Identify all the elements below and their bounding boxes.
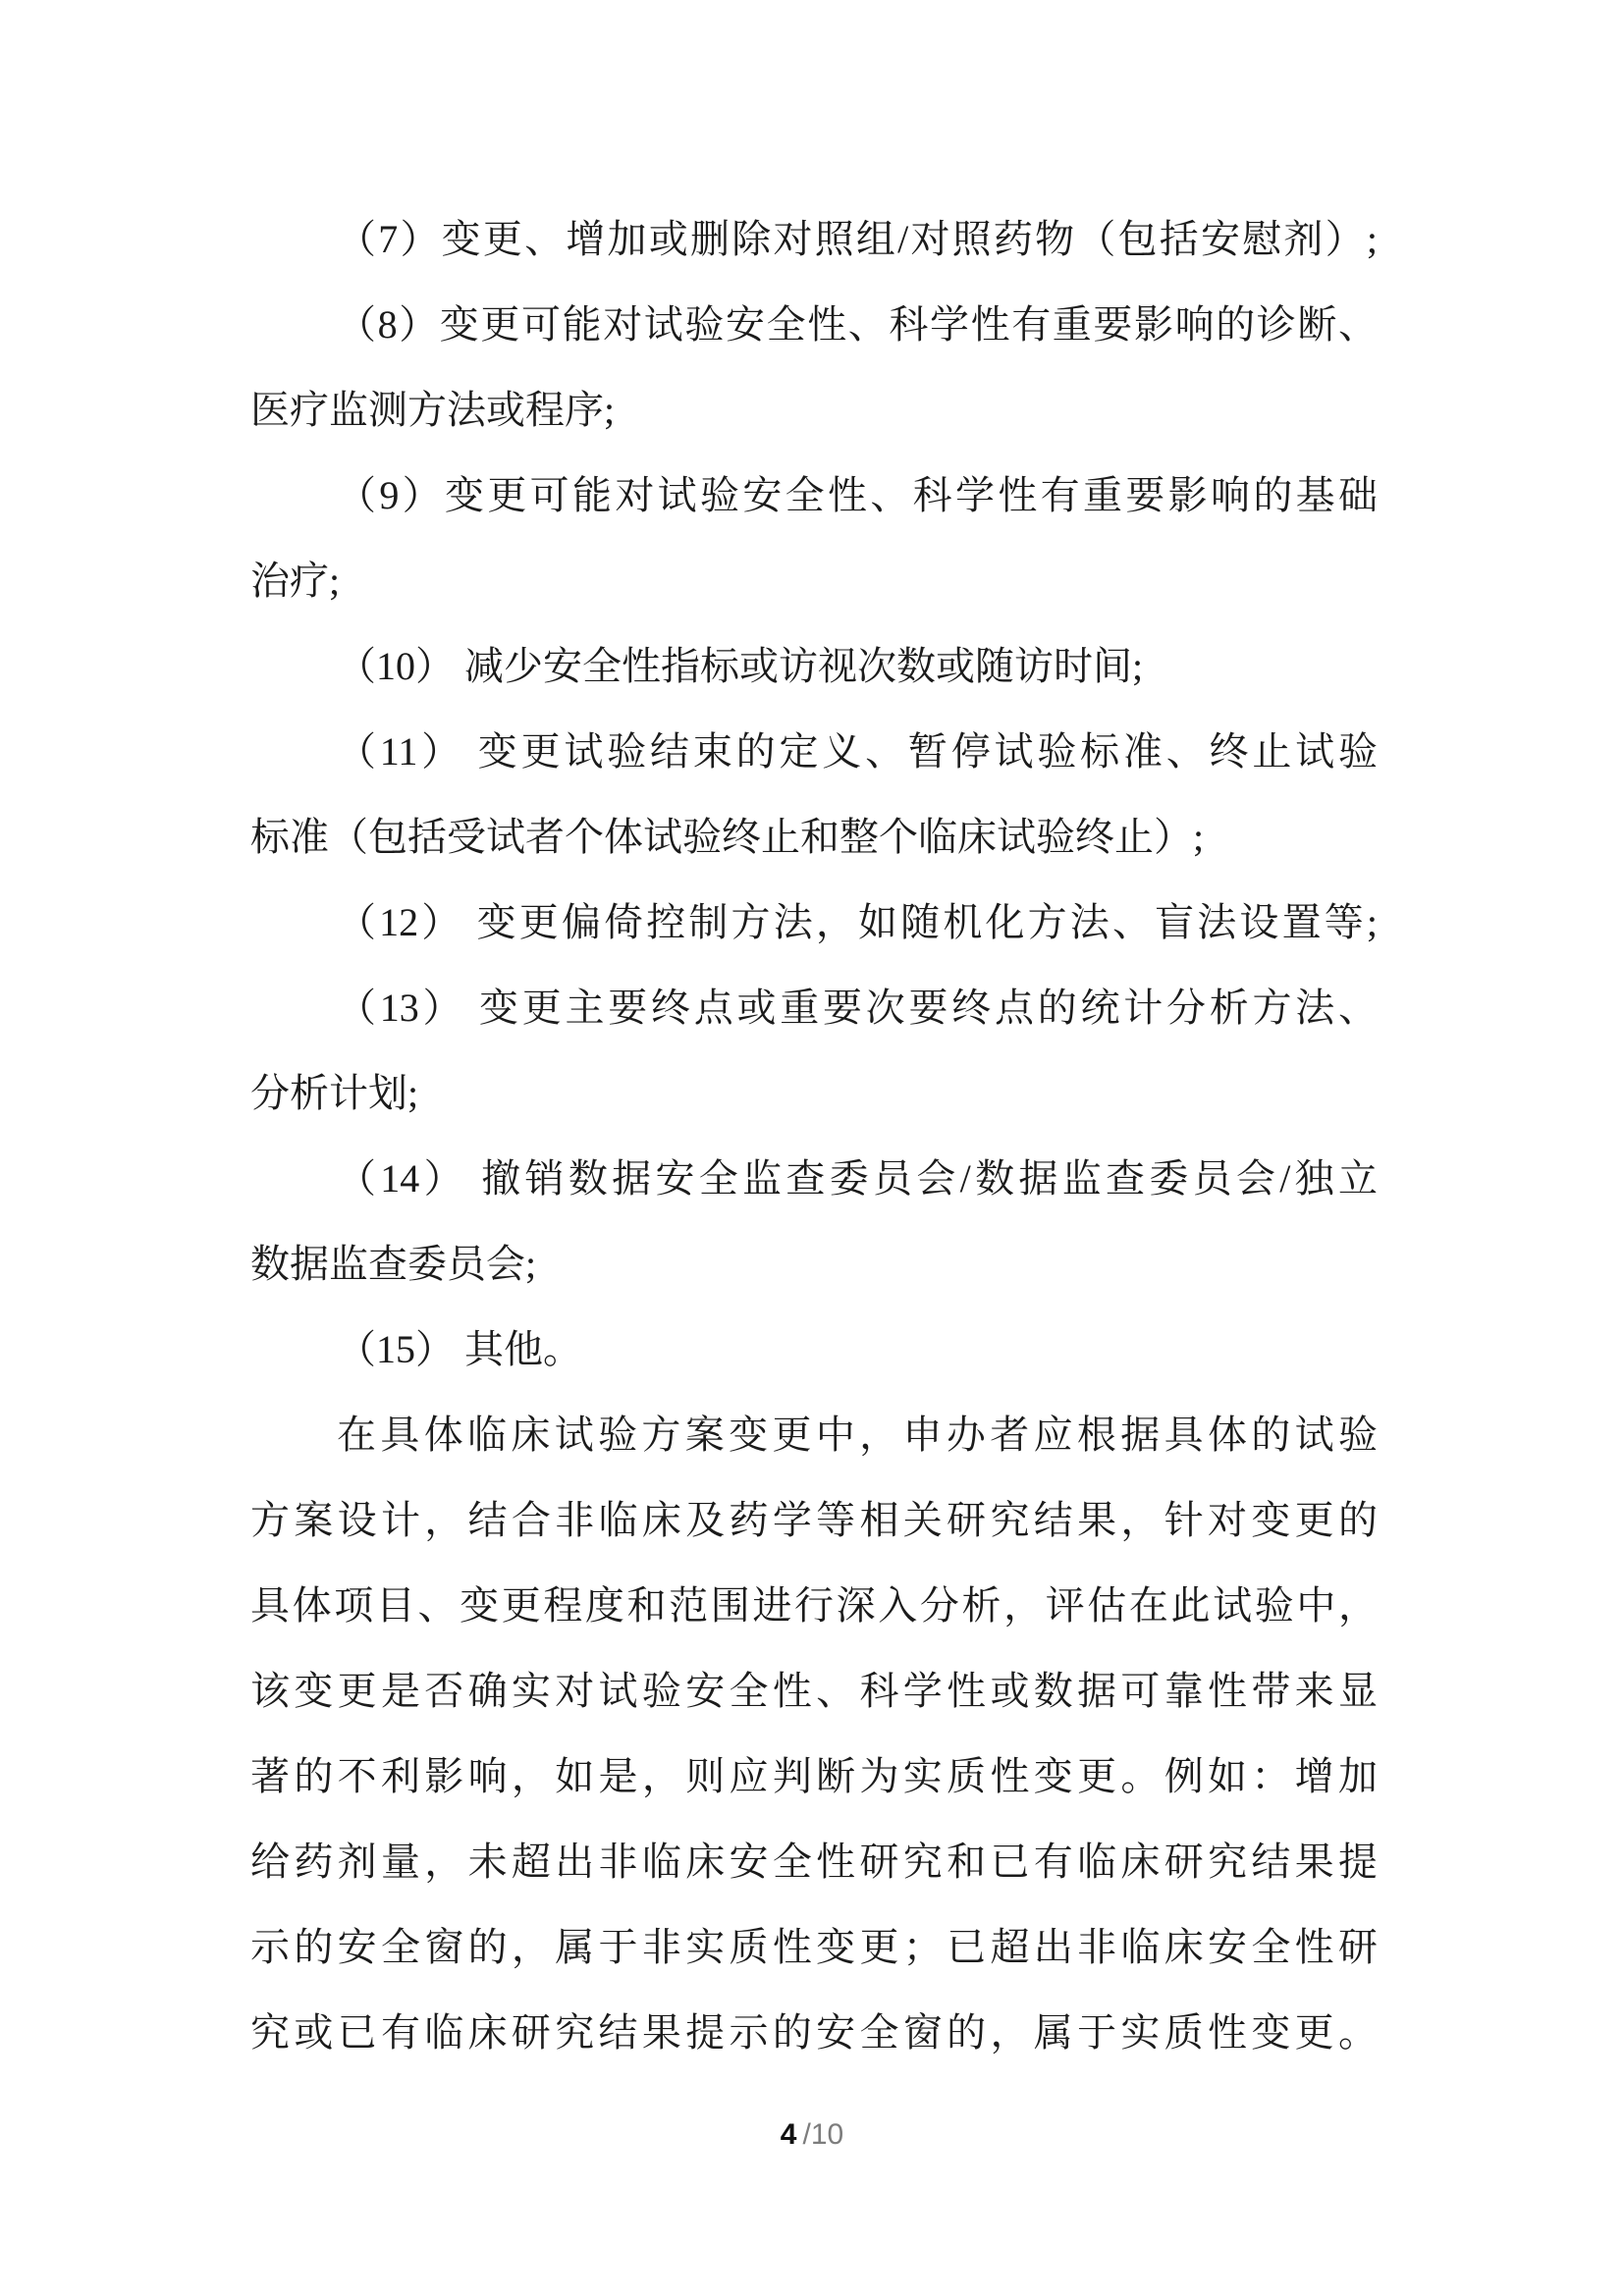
text-line: 标准（包括受试者个体试验终止和整个临床试验终止）; bbox=[250, 794, 1378, 880]
text-line: 给药剂量，未超出非临床安全性研究和已有临床研究结果提 bbox=[250, 1819, 1378, 1904]
text-line: （11） 变更试验结束的定义、暂停试验标准、终止试验 bbox=[250, 709, 1378, 794]
page-number-total: /10 bbox=[802, 2118, 843, 2151]
text-line: （9）变更可能对试验安全性、科学性有重要影响的基础 bbox=[250, 453, 1378, 538]
page-number-current: 4 bbox=[781, 2118, 797, 2151]
text-line: 具体项目、变更程度和范围进行深入分析，评估在此试验中， bbox=[250, 1563, 1378, 1648]
text-line: 数据监查委员会; bbox=[250, 1221, 1378, 1307]
text-line: （7）变更、增加或删除对照组/对照药物（包括安慰剂）; bbox=[250, 196, 1378, 282]
text-line: 在具体临床试验方案变更中，申办者应根据具体的试验 bbox=[250, 1392, 1378, 1477]
text-line: 该变更是否确实对试验安全性、科学性或数据可靠性带来显 bbox=[250, 1648, 1378, 1734]
document-page: （7）变更、增加或删除对照组/对照药物（包括安慰剂）; （8）变更可能对试验安全… bbox=[0, 0, 1624, 2296]
text-line: 医疗监测方法或程序; bbox=[250, 367, 1378, 453]
text-line: 方案设计，结合非临床及药学等相关研究结果，针对变更的 bbox=[250, 1477, 1378, 1563]
text-line: 治疗; bbox=[250, 538, 1378, 623]
text-line: 著的不利影响，如是，则应判断为实质性变更。例如：增加 bbox=[250, 1734, 1378, 1819]
text-line: 示的安全窗的，属于非实质性变更；已超出非临床安全性研 bbox=[250, 1904, 1378, 1990]
text-line: （15） 其他。 bbox=[250, 1307, 1378, 1392]
text-line: 分析计划; bbox=[250, 1050, 1378, 1136]
text-line: （8）变更可能对试验安全性、科学性有重要影响的诊断、 bbox=[250, 282, 1378, 367]
page-footer: 4/10 bbox=[0, 2115, 1624, 2155]
text-line: （14） 撤销数据安全监查委员会/数据监查委员会/独立 bbox=[250, 1136, 1378, 1221]
text-line: （10） 减少安全性指标或访视次数或随访时间; bbox=[250, 623, 1378, 709]
text-line: 究或已有临床研究结果提示的安全窗的，属于实质性变更。 bbox=[250, 1990, 1378, 2075]
document-body: （7）变更、增加或删除对照组/对照药物（包括安慰剂）; （8）变更可能对试验安全… bbox=[250, 196, 1378, 2075]
text-line: （12） 变更偏倚控制方法，如随机化方法、盲法设置等; bbox=[250, 880, 1378, 965]
text-line: （13） 变更主要终点或重要次要终点的统计分析方法、 bbox=[250, 965, 1378, 1050]
